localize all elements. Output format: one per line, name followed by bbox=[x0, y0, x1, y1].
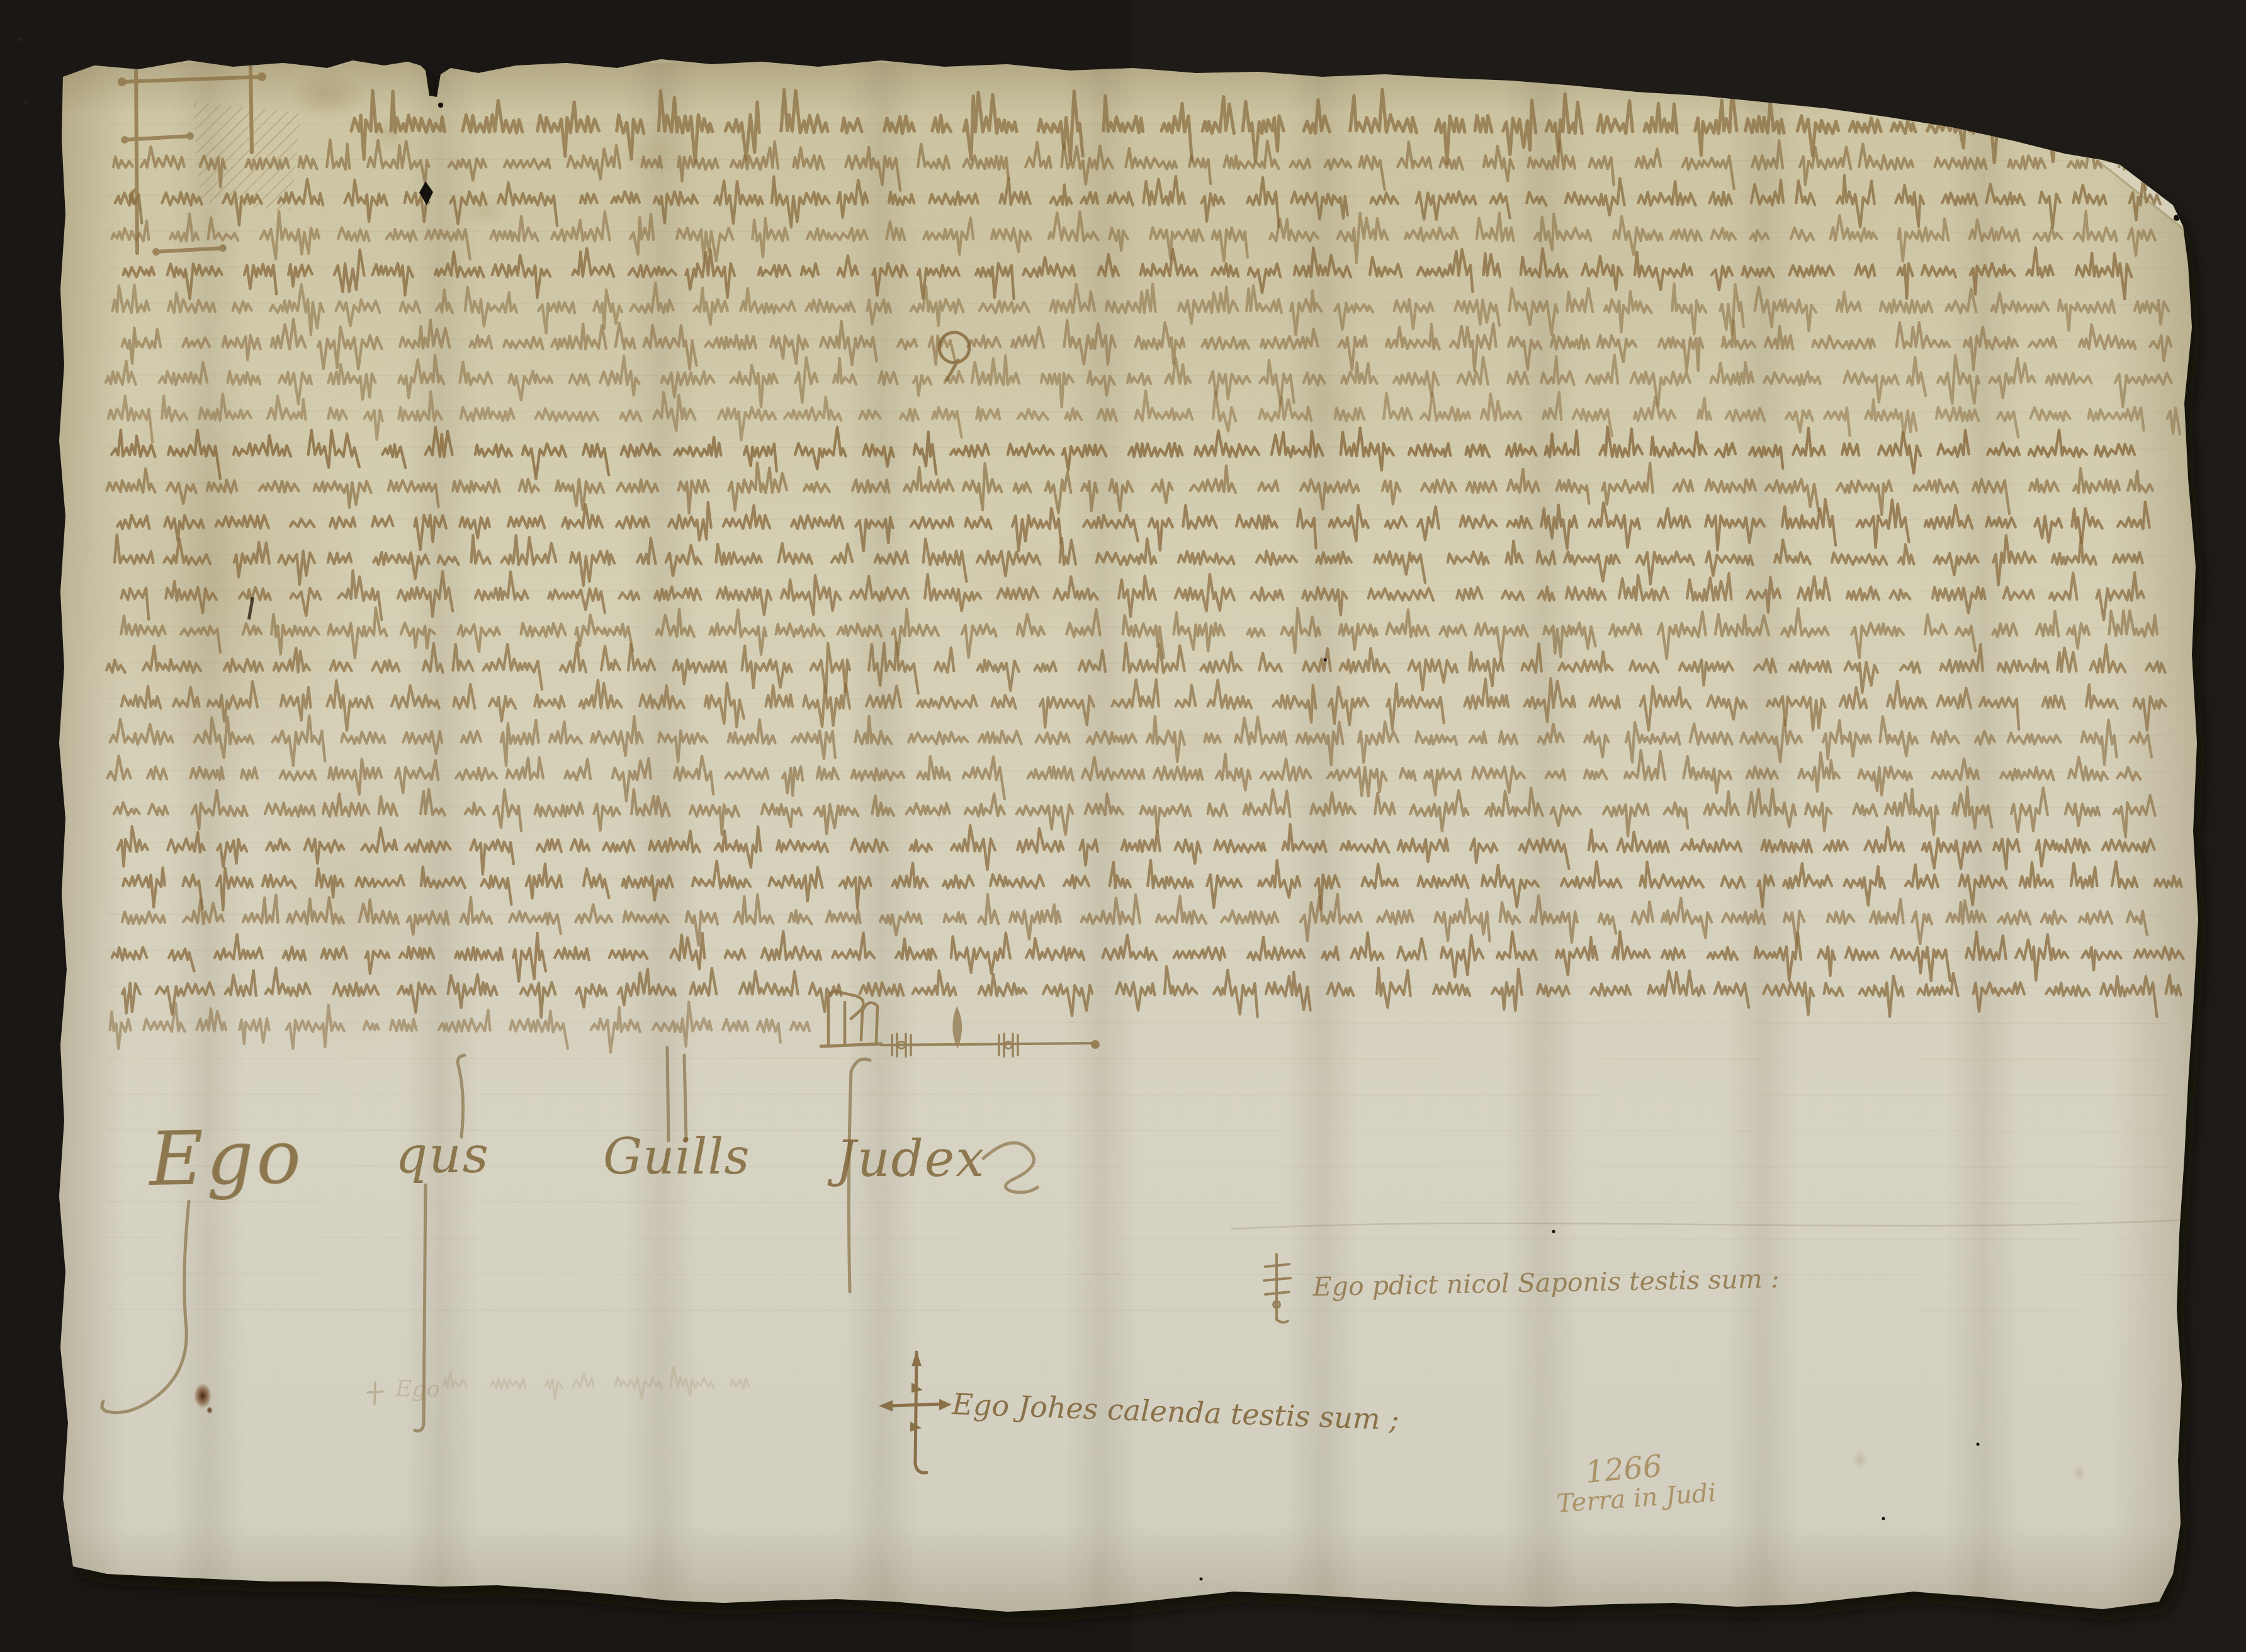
signature-word-ego: Ego bbox=[147, 1113, 304, 1202]
parchment-scene: Ego qus Guills Judex Ego p bbox=[0, 0, 2246, 1652]
signature-word-qus: qus bbox=[395, 1126, 490, 1184]
charter-photo: Ego qus Guills Judex Ego p bbox=[0, 0, 2246, 1652]
signature-word-guills: Guills bbox=[603, 1129, 750, 1185]
ink-blot bbox=[194, 1383, 212, 1408]
witness-text-3: Ego bbox=[395, 1376, 440, 1402]
